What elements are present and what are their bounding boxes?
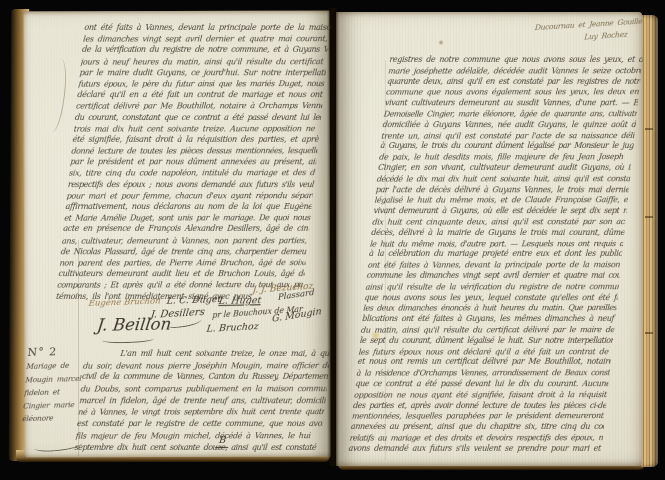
manuscript-line: relatifs au mariage et des droits et dev… xyxy=(349,433,603,444)
manuscript-line: les futurs époux nous ont déclaré qu'il … xyxy=(358,347,612,358)
manuscript-line: domiciliée à Guyans Vannes, née audit Gu… xyxy=(382,120,636,131)
manuscript-line: à la résidence d'Orchamps Vennes, arrond… xyxy=(356,368,610,379)
signature-huget: L. Huget xyxy=(218,295,262,307)
manuscript-line: à la célébration du mariage projeté entr… xyxy=(368,249,622,260)
manuscript-line: des parties et, après avoir donné lectur… xyxy=(353,401,607,412)
manuscript-line: trente un, ainsi qu'il est constaté par … xyxy=(381,131,635,142)
manuscript-line: commune les dimanches vingt sept avril d… xyxy=(366,271,620,282)
manuscript-line: annexées au présent, ainsi que du chapit… xyxy=(350,422,604,433)
manuscript-line: septembre dix huit cent soixante douze, … xyxy=(74,442,321,454)
manuscript-line: que nous avons sous les yeux, lequel con… xyxy=(364,293,618,304)
manuscript-line: quarante deux, ainsi qu'il en est consta… xyxy=(387,77,641,88)
manuscript-line: registres de notre commune que nous avon… xyxy=(389,55,643,66)
page-edge-mark xyxy=(645,216,653,218)
signature-duget: L. C. Duget xyxy=(166,294,222,307)
act1-text: ont été faits à Vannes, devant la princi… xyxy=(56,22,331,302)
manuscript-line: vivant cultivateurs demeurant au susdit … xyxy=(384,98,638,109)
manuscript-line: né à Vannes, le vingt trois septembre di… xyxy=(78,406,325,418)
manuscript-line: à Guyans, le trois du courant dûment lég… xyxy=(380,141,634,152)
manuscript-line: par le maire dudit Guyans, ce jourd'hui.… xyxy=(79,67,326,78)
manuscript-line: que ce contrat a été passé devant lui le… xyxy=(355,379,609,390)
manuscript-line: décédé le dix mai dix huit cent soixante… xyxy=(376,174,630,185)
manuscript-line: opposition ne nous ayant été signifiée, … xyxy=(354,390,608,401)
manuscript-line: du Doubs, sont comparus publiquement en … xyxy=(80,383,327,395)
manuscript-line: six, titre cinq du code napoléon, intitu… xyxy=(68,167,315,179)
page-edge-stack-right xyxy=(641,15,658,467)
manuscript-line: est constaté par le registre de cette co… xyxy=(76,418,323,430)
ink-stain xyxy=(438,40,444,45)
manuscript-line: de la vérification du registre de notre … xyxy=(81,44,328,55)
manuscript-line: été signifiée, faisant droit à la réquis… xyxy=(72,134,319,145)
manuscript-line: ont été faites à Vannes, devant la princ… xyxy=(367,260,621,271)
manuscript-line: certificat délivré par Me Bouthillot, no… xyxy=(76,100,323,112)
manuscript-line: acte en présence de François Alexandre D… xyxy=(63,223,310,234)
manuscript-line: affirmativement, nous déclarons au nom d… xyxy=(65,201,312,212)
manuscript-line: jours à neuf heures du matin, ainsi qu'i… xyxy=(80,56,327,68)
manuscript-line: légalisé le huit du même mois, et de Cla… xyxy=(374,195,628,206)
signature-beillon-mayor: J. Beillon xyxy=(96,315,172,335)
right-page-body-text: registres de notre commune que nous avon… xyxy=(348,55,643,454)
manuscript-line: marie joséphette adélaïde, décédée audit… xyxy=(388,66,642,77)
manuscript-line: blications ont été faites à Guyans, les … xyxy=(362,314,616,325)
manuscript-line: Cingier marie xyxy=(23,398,86,413)
manuscript-line: donné lecture de toutes les pièces dessu… xyxy=(71,145,318,157)
manuscript-line: Mougin marcel xyxy=(25,372,88,387)
manuscript-line: décès, délivré à la mairie de Guyans le … xyxy=(371,228,625,239)
manuscript-line: de Nicolas Plassard, âgé de trente cinq … xyxy=(60,246,307,257)
manuscript-line: Demoiselle Cingier, marie éléonore, âgée… xyxy=(383,109,637,120)
page-edge-mark xyxy=(645,332,653,334)
book-gutter xyxy=(327,8,339,466)
manuscript-line: le sept du courant, dûment légalisé le h… xyxy=(359,336,613,347)
manuscript-line: futurs époux, le père du futur ainsi que… xyxy=(78,78,325,90)
manuscript-line: éléonore xyxy=(22,411,85,426)
manuscript-line: Cingier, en son vivant, cultivateur deme… xyxy=(378,163,632,174)
manuscript-line: pour mari et pour femme, chacun d'eux ay… xyxy=(66,190,313,202)
manuscript-line: vivant demeurant à Guyans, où elle est d… xyxy=(373,206,627,217)
manuscript-line: par l'acte de décès délivré à Guyans Van… xyxy=(375,185,629,196)
manuscript-line: ont été faits à Vannes, devant la princi… xyxy=(84,22,331,33)
manuscript-line: les dimanches vingt sept avril dernier e… xyxy=(83,33,330,45)
manuscript-line: civil de la commune de Vannes, Canton du… xyxy=(81,371,328,383)
manuscript-line: les deux dimanches énoncés à huit heures… xyxy=(363,303,617,314)
manuscript-line: déclaré qu'il en a été fait un contrat d… xyxy=(77,89,324,100)
manuscript-line: fils majeur de feu Mougin michel, décédé… xyxy=(75,430,322,442)
manuscript-line: respectifs des époux ; nous avons demand… xyxy=(67,179,314,190)
manuscript-line: fidelon et xyxy=(24,384,87,399)
manuscript-line: ans, cultivateur, demeurant à Vannes, no… xyxy=(61,235,308,247)
manuscript-line: du courant, constatant que ce contrat a … xyxy=(74,112,321,123)
manuscript-line: ainsi qu'il résulte de la vérification d… xyxy=(365,282,619,293)
catchword: B xyxy=(215,435,230,448)
manuscript-line: par le président et par nous dûment anne… xyxy=(70,156,317,167)
manuscript-line: Mariage de xyxy=(26,358,89,373)
manuscript-line: mentionnées, lesquelles paraphées par le… xyxy=(351,411,605,422)
manuscript-line: et Marie Amélie Duget, sont unis par le … xyxy=(64,212,311,224)
manuscript-line: trois mai dix huit cent soixante treize.… xyxy=(73,123,320,135)
manuscript-line: non parent des parties, de Pierre Aimé B… xyxy=(59,257,306,269)
manuscript-line: dix huit cent cinquante deux, ainsi qu'i… xyxy=(372,217,626,228)
manuscript-line: et nous ont remis un certificat délivré … xyxy=(357,357,611,368)
manuscript-line: commune que nous avons également sous le… xyxy=(385,87,639,98)
manuscript-line: le huit du même mois, d'autre part. — Le… xyxy=(370,239,624,250)
manuscript-line: marcel in fidelon, âgé de trente neuf an… xyxy=(79,395,326,407)
manuscript-line: cultivateurs demeurant audit lieu et de … xyxy=(58,268,305,279)
act2-text: L'an mil huit cent soixante treize, le o… xyxy=(74,348,331,453)
manuscript-line: L'an mil huit cent soixante treize, le o… xyxy=(84,348,331,360)
register-scan: ont été faits à Vannes, devant la princi… xyxy=(0,0,665,480)
manuscript-line: avons demandé aux futurs s'ils veulent s… xyxy=(348,444,602,455)
manuscript-line: de paix, le huit desdits mois, fille maj… xyxy=(379,152,633,163)
manuscript-line: du matin, ainsi qu'il résulte du certifi… xyxy=(360,325,614,336)
page-edge-mark xyxy=(645,128,653,130)
manuscript-line: du soir, devant nous pierre Joséphin Mou… xyxy=(82,360,329,372)
